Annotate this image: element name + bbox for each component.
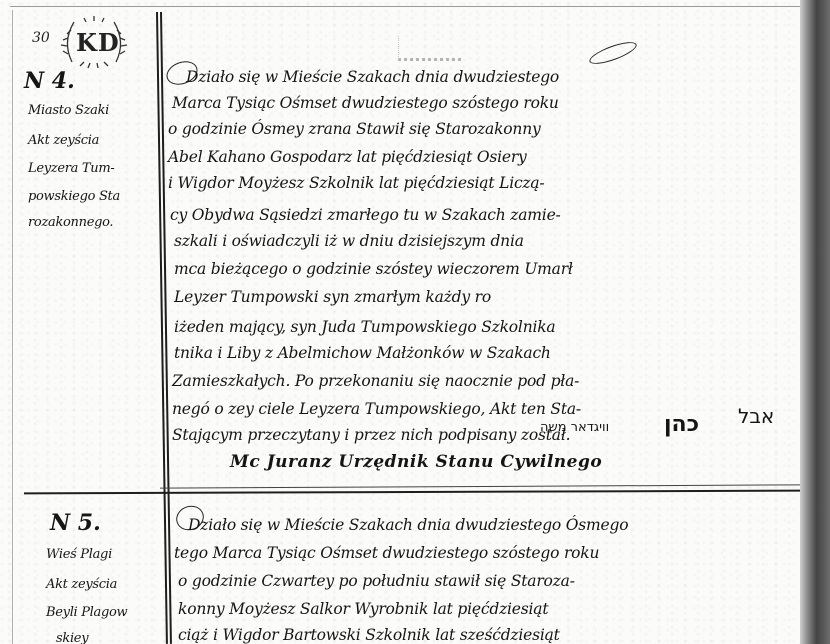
- record-line: Działo się w Mieście Szakach dnia dwudzi…: [186, 70, 559, 86]
- official-signature: Mc Juranz Urzędnik Stanu Cywilnego: [230, 454, 602, 471]
- record-line: Stającym przeczytany i przez nich podpis…: [172, 428, 570, 444]
- left-margin-edge: [12, 10, 13, 644]
- document-page: 30 KD N 4. Miasto Szaki Akt zeyścia Leyz…: [0, 0, 800, 644]
- hebrew-signature: כהן: [664, 412, 699, 437]
- record-line: Marca Tysiąc Ośmset dwudziestego szósteg…: [172, 96, 559, 112]
- record-line: iżeden mający, syn Juda Tumpowskiego Szk…: [174, 320, 555, 336]
- record-line: tego Marca Tysiąc Ośmset dwudziestego sz…: [174, 546, 599, 562]
- entry-number: N 4.: [24, 70, 75, 92]
- record-line: szkali i oświadczyli iż w dniu dzisiejsz…: [174, 234, 524, 250]
- margin-line: rozakonnego.: [28, 216, 113, 229]
- margin-line: Beyli Plagow: [46, 606, 127, 619]
- record-line: ciąż i Wigdor Bartowski Szkolnik lat sze…: [178, 628, 560, 644]
- margin-line: Miasto Szaki: [28, 104, 109, 117]
- stamp-initials: KD: [76, 28, 120, 57]
- entry-separator-upper: [160, 484, 800, 488]
- record-line: Działo się w Mieście Szakach dnia dwudzi…: [188, 518, 628, 534]
- record-line: o godzinie Ósmey zrana Stawił się Staroz…: [168, 122, 541, 138]
- record-line: mca bieżącego o godzinie szóstey wieczor…: [174, 262, 573, 278]
- entry-number: N 5.: [50, 512, 101, 534]
- record-line: tnika i Liby z Abelmichow Małżonków w Sz…: [174, 346, 551, 362]
- hebrew-signature: אבל: [738, 404, 774, 428]
- margin-line: Akt zeyścia: [46, 578, 117, 591]
- record-line: cy Obydwa Sąsiedzi zmarłego tu w Szakach…: [170, 208, 561, 224]
- wreath-stamp: KD: [58, 14, 130, 70]
- margin-line: Akt zeyścia: [28, 134, 99, 147]
- margin-line: Leyzera Tum-: [28, 162, 114, 175]
- heading-flourish: [587, 38, 639, 68]
- margin-line: powskiego Sta: [28, 190, 120, 203]
- record-line: i Wigdor Moyżesz Szkolnik lat pięćdziesi…: [168, 176, 544, 192]
- entry-separator: [24, 490, 800, 494]
- margin-line: skiey: [56, 632, 88, 644]
- top-border-rule: [10, 6, 800, 7]
- book-binding-edge: [800, 0, 830, 644]
- record-line: negó o zey ciele Leyzera Tumpowskiego, A…: [172, 402, 581, 418]
- record-line: Zamieszkałych. Po przekonaniu się naoczn…: [172, 374, 579, 390]
- record-line: konny Moyżesz Salkor Wyrobnik lat pięćdz…: [178, 602, 548, 618]
- record-line: Abel Kahano Gospodarz lat pięćdziesiąt O…: [168, 150, 527, 166]
- page-number: 30: [32, 30, 50, 46]
- hebrew-signature: וויגדאר משה: [540, 420, 609, 435]
- faded-stamp-mark: [398, 36, 461, 61]
- record-line: Leyzer Tumpowski syn zmarłym każdy ro: [174, 290, 491, 306]
- margin-line: Wieś Plagi: [46, 548, 112, 561]
- record-line: o godzinie Czwartey po południu stawił s…: [178, 574, 575, 590]
